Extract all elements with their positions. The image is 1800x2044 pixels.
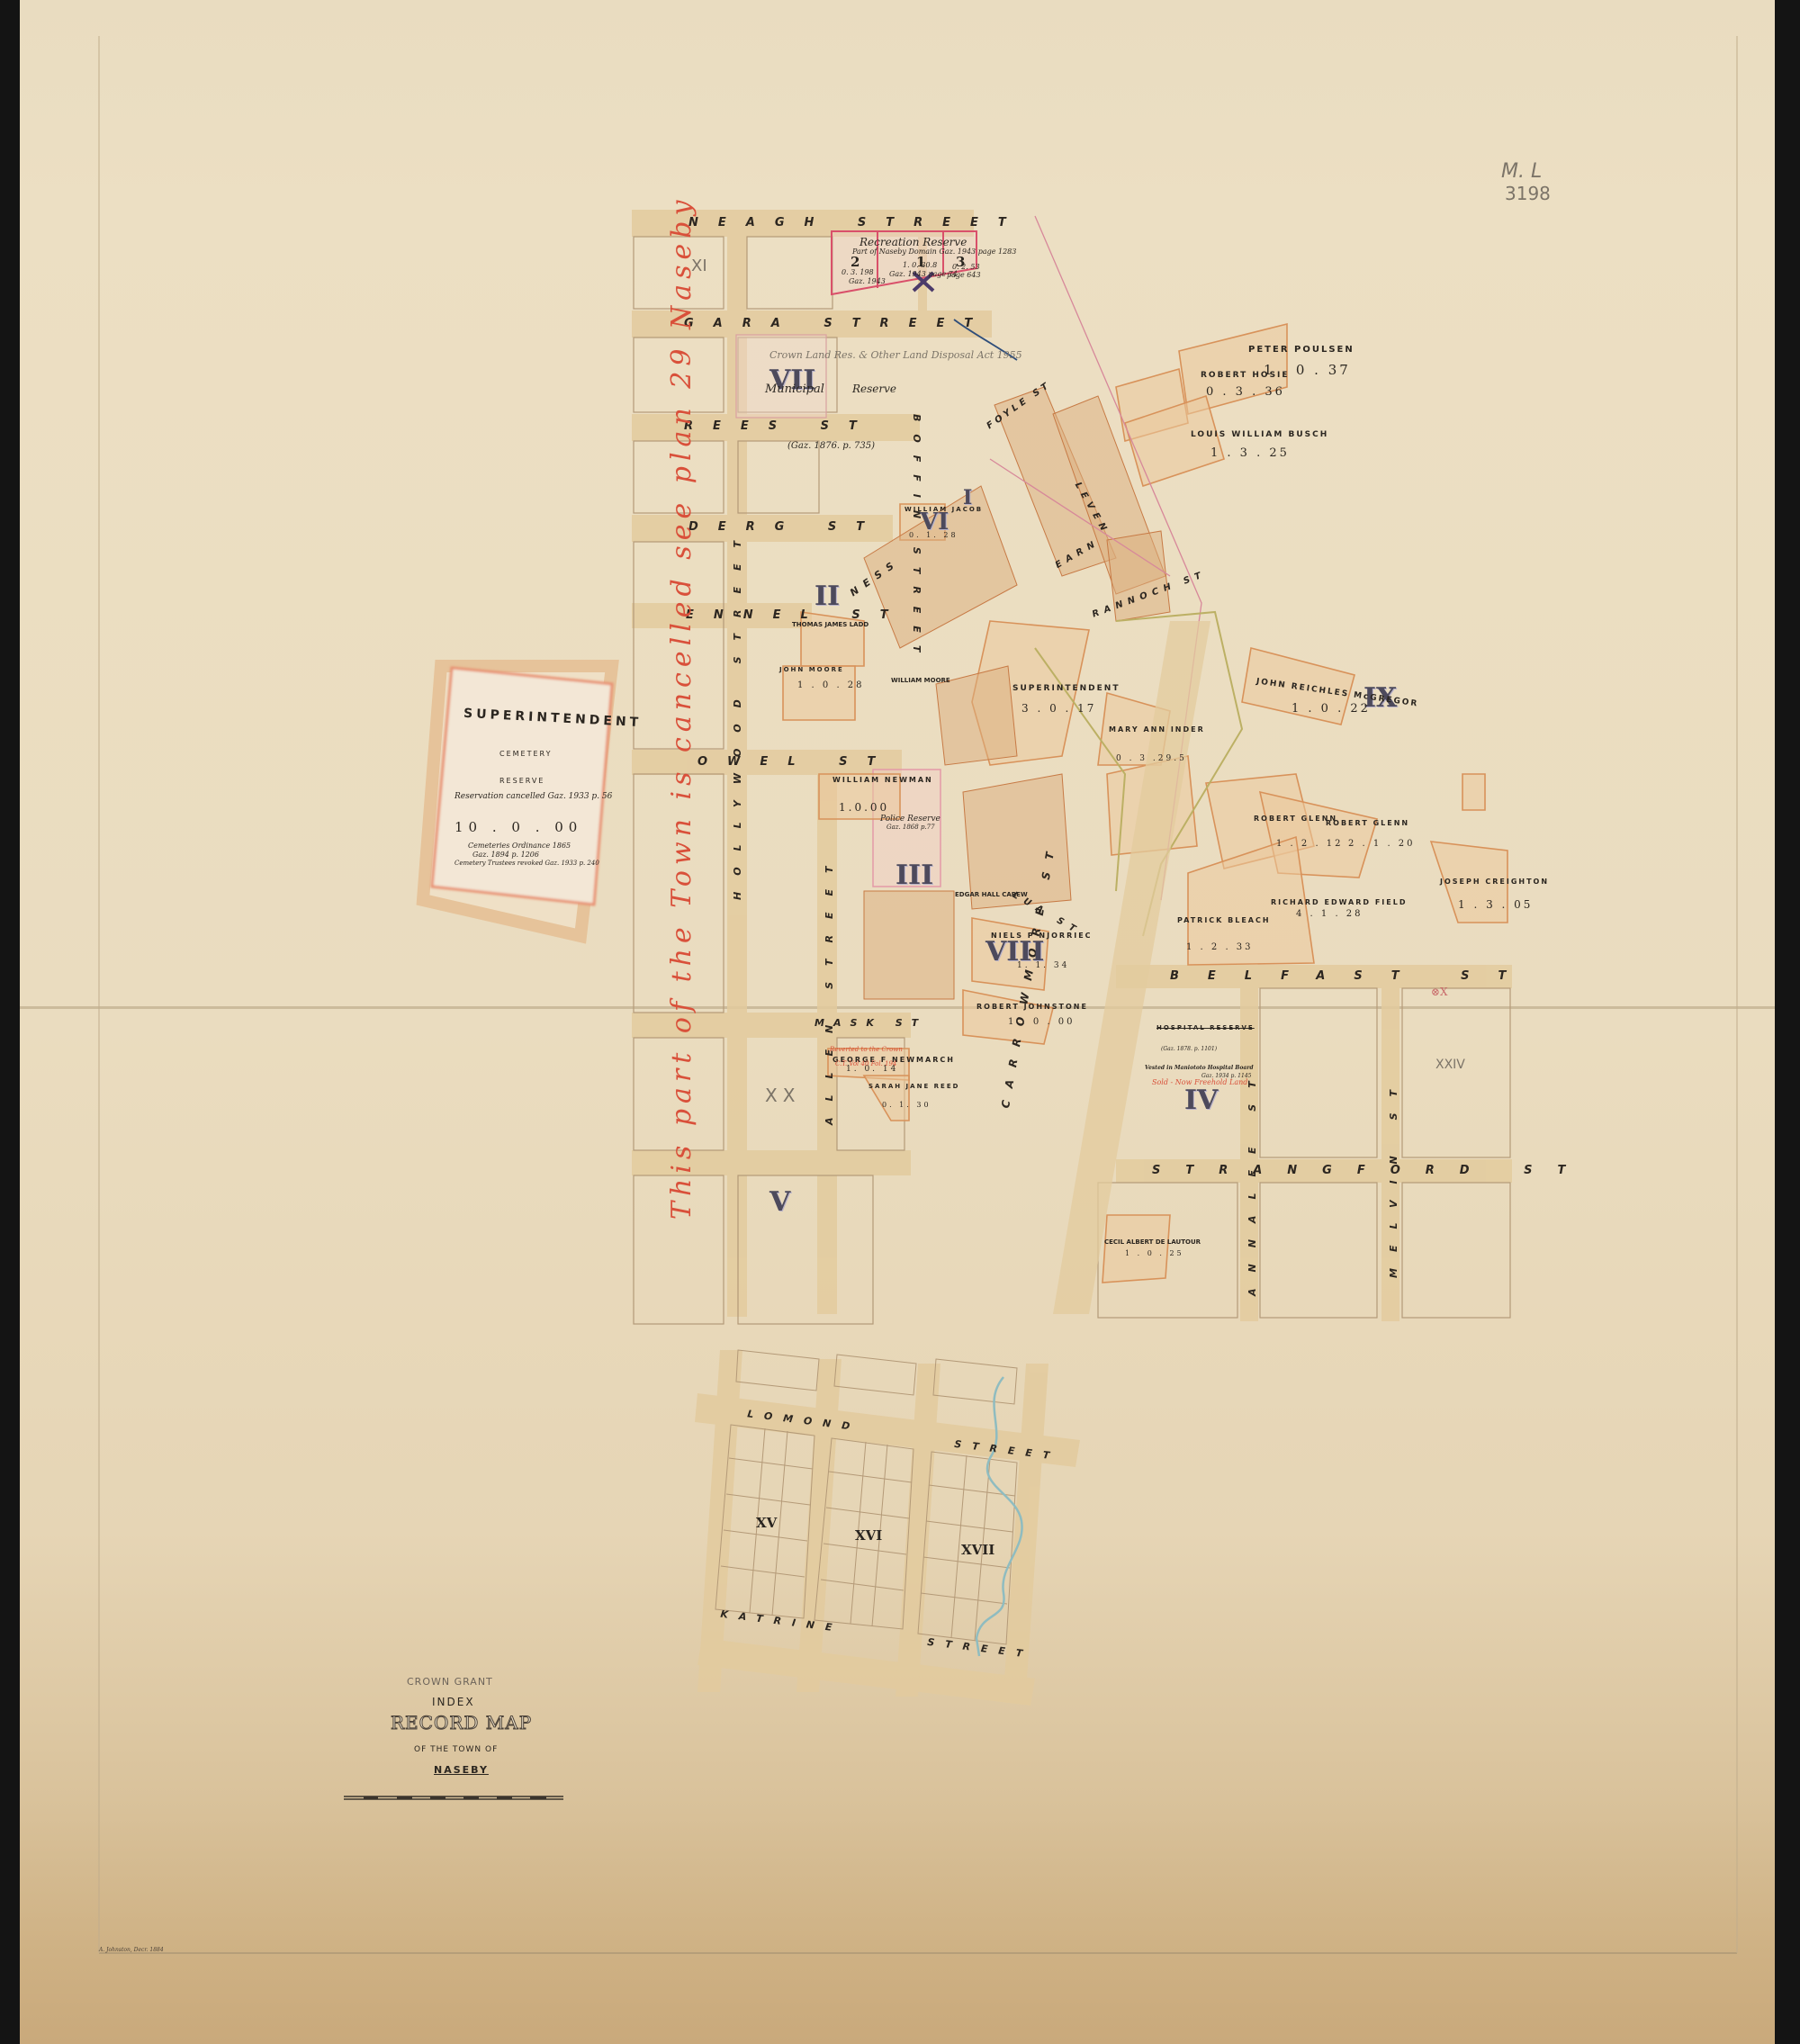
- recreation-lot3-gaz: page 643: [947, 271, 981, 279]
- catalogue-mark-line1: M. L: [1501, 160, 1542, 183]
- parcel-owner: NIELS P NJORRIEC: [991, 932, 1093, 940]
- parcel-area: 2 . 1 . 20: [1348, 839, 1416, 849]
- reverted-note: Reverted to the Crown: [830, 1046, 903, 1053]
- draughtsman-note: A. Johnston, Decr. 1884: [99, 1947, 164, 1953]
- cemetery-note: Reservation cancelled Gaz. 1933 p. 56: [454, 792, 612, 801]
- title-record-map: RECORD MAP: [391, 1712, 532, 1733]
- parcel-owner: SARAH JANE REED: [868, 1083, 959, 1090]
- street-annalee: ANNALEE ST: [1246, 1065, 1258, 1296]
- parcel-area: 0. 1. 30: [882, 1101, 931, 1109]
- hospital-gaz: (Gaz. 1878. p. 1101): [1161, 1046, 1217, 1052]
- parcel-area: 1 . 3 . 05: [1458, 898, 1533, 911]
- recreation-lot1-area: 1. 0. 30.8: [903, 261, 937, 269]
- title-naseby: NASEBY: [434, 1764, 489, 1776]
- cemetery-sub1: CEMETERY: [499, 750, 552, 758]
- title-of-the-town-of: OF THE TOWN OF: [414, 1745, 498, 1754]
- recreation-sub: Part of Naseby Domain Gaz. 1943 page 128…: [852, 248, 1016, 256]
- title-index: INDEX: [432, 1696, 475, 1708]
- reverted-ct: C.T. Vol 40 Fol. 194: [835, 1060, 896, 1067]
- street-belfast: BELFAST ST: [1170, 969, 1534, 983]
- recreation-lot3-area: 0. 2. 53: [952, 263, 980, 271]
- block-XVI: XVI: [855, 1527, 882, 1544]
- parcel-owner: WILLIAM NEWMAN: [832, 776, 933, 784]
- hospital-sold-note: Sold - Now Freehold Land: [1152, 1078, 1247, 1086]
- parcel-owner: THOMAS JAMES LADD: [792, 621, 868, 628]
- parcel-area: 0. 1. 28: [909, 531, 958, 539]
- recreation-lot2-area: 0. 3. 198: [841, 268, 874, 276]
- block-XI: XI: [691, 257, 707, 275]
- parcel-area: 4 . 1 . 28: [1296, 909, 1363, 919]
- hospital-vested: Vested in Maniototo Hospital Board: [1145, 1065, 1254, 1071]
- cross-mark: ⊗X: [1431, 986, 1448, 998]
- parcel-owner: JOHN MOORE: [779, 666, 844, 673]
- cemetery-area: 10 . 0 . 00: [454, 819, 582, 835]
- street-hollywood: HOLLYWOOD STREET: [732, 525, 743, 900]
- parcel-owner: ROBERT HOSIE: [1201, 371, 1290, 380]
- street-allen: ALLEN STREET: [823, 850, 835, 1125]
- parcel-area: 1. 1. 34: [1017, 961, 1069, 970]
- parcel-area: 1 . 0 . 22: [1291, 702, 1371, 716]
- municipal-gaz: (Gaz. 1876. p. 735): [787, 441, 875, 451]
- street-derg: DERG ST: [688, 520, 884, 534]
- street-strangford: STRANGFORD ST: [1152, 1164, 1590, 1177]
- block-V: V: [769, 1186, 790, 1218]
- parcel-area: 1 . 2 . 33: [1186, 942, 1254, 952]
- hospital-reserve-title: HOSPITAL RESERVE: [1156, 1024, 1255, 1031]
- street-boffin: BOFFIN STREET: [911, 414, 922, 664]
- block-XV: XV: [756, 1515, 777, 1531]
- parcel-area: 1 . 3 . 25: [1210, 446, 1290, 460]
- parcel-area: 0 . 3 .29.5: [1116, 754, 1187, 763]
- parcel-area: 0 . 3 . 36: [1206, 385, 1285, 399]
- cemetery-gaz: Gaz. 1894 p. 1206: [472, 851, 539, 859]
- cemetery-ordinance: Cemeteries Ordinance 1865: [468, 842, 571, 850]
- parcel-owner: ROBERT GLENN: [1326, 819, 1409, 827]
- parcel-owner: RICHARD EDWARD FIELD: [1271, 898, 1407, 906]
- street-ennel: ENNEL ST: [686, 608, 908, 622]
- parcel-owner: EDGAR HALL CAREW: [955, 891, 1028, 898]
- street-neagh: NEAGH STREET: [688, 216, 1026, 230]
- parcel-area: 1 . 0 . 25: [1125, 1249, 1184, 1257]
- municipal-crown-note: Crown Land Res. & Other Land Disposal Ac…: [769, 349, 1022, 361]
- parcel-owner: WILLIAM MOORE: [891, 677, 950, 684]
- recreation-lot2-gaz: Gaz. 1943: [849, 277, 886, 285]
- block-XX: XX: [765, 1085, 800, 1106]
- cemetery-sub2: RESERVE: [499, 777, 544, 785]
- parcel-area: 1 . 2 . 12: [1276, 839, 1344, 849]
- parcel-owner: MARY ANN INDER: [1109, 725, 1205, 734]
- parcel-owner: JOSEPH CREIGHTON: [1440, 878, 1549, 886]
- street-melvin: MELVIN ST: [1388, 1074, 1399, 1278]
- block-XVII: XVII: [961, 1542, 994, 1558]
- parcel-owner: WILLIAM JACOB: [904, 506, 983, 513]
- police-reserve-title: Police Reserve: [880, 815, 940, 824]
- parcel-owner: PETER POULSEN: [1248, 345, 1354, 355]
- parcel-owner: SUPERINTENDENT: [1012, 684, 1120, 693]
- cemetery-trustees: Cemetery Trustees revoked Gaz. 1933 p. 2…: [454, 860, 599, 867]
- recreation-title: Recreation Reserve: [859, 236, 967, 248]
- police-reserve-gaz: Gaz. 1868 p.77: [886, 824, 935, 831]
- parcel-owner: LOUIS WILLIAM BUSCH: [1191, 430, 1328, 439]
- block-II: II: [814, 581, 840, 612]
- title-crown-grant: CROWN GRANT: [407, 1676, 493, 1688]
- parcel-owner: PATRICK BLEACH: [1177, 916, 1271, 924]
- municipal-reserve-label: Reserve: [852, 383, 896, 395]
- parcel-area: 1 . 0 . 00: [1008, 1017, 1075, 1027]
- parcel-owner: ROBERT JOHNSTONE: [976, 1003, 1088, 1011]
- parcel-area: 3 . 0 . 17: [1021, 702, 1096, 715]
- street-owel: OWEL ST: [697, 755, 895, 769]
- municipal-label: Municipal: [765, 383, 824, 396]
- parcel-area: 1.0.00: [839, 801, 889, 814]
- parcel-area: 1 . 0 . 28: [797, 680, 865, 690]
- street-gara: GARA STREET: [684, 317, 992, 330]
- block-XXIV: XXIV: [1435, 1058, 1465, 1072]
- catalogue-mark-line2: 3198: [1505, 183, 1551, 204]
- cancelled-note: This part of the Town is cancelled see p…: [666, 195, 697, 1220]
- block-III: III: [895, 860, 933, 891]
- parcel-owner: CECIL ALBERT DE LAUTOUR: [1104, 1238, 1201, 1246]
- block-IV: IV: [1184, 1085, 1218, 1116]
- street-rees: REES ST: [684, 419, 877, 433]
